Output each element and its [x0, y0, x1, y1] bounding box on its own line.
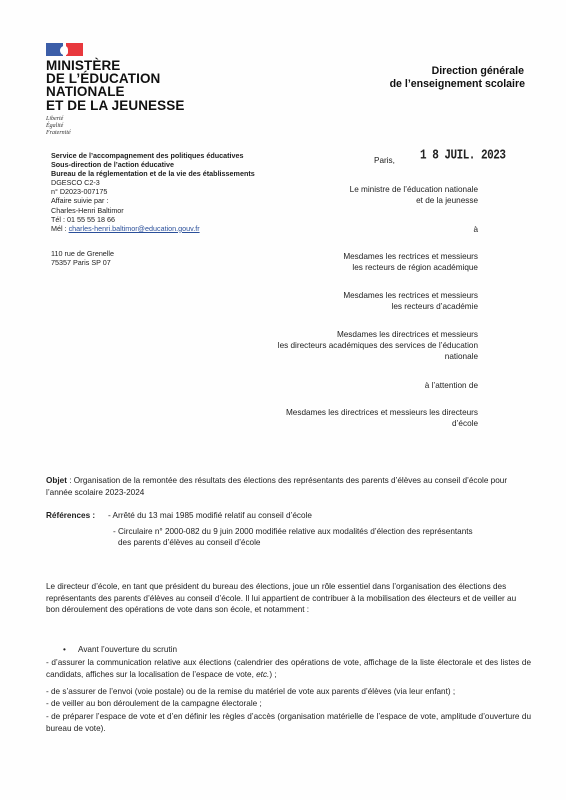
references-list: - Arrêté du 13 mai 1985 modifié relatif …	[108, 510, 473, 549]
duty-item-material: - de s’assurer de l’envoi (voie postale)…	[46, 686, 531, 698]
recipient-line: nationale	[278, 351, 478, 362]
date-stamp: 1 8 JUIL. 2023	[420, 149, 505, 164]
address-line: 110 rue de Grenelle	[51, 249, 114, 258]
reference-item: - Arrêté du 13 mai 1985 modifié relatif …	[108, 510, 473, 522]
recipient-line: les recteurs d’académie	[343, 301, 478, 312]
marianne-profile-icon	[60, 46, 68, 55]
contact-name: Charles-Henri Baltimor	[51, 206, 255, 215]
sender-line: Le ministre de l’éducation nationale	[350, 184, 478, 195]
direction-line: de l’enseignement scolaire	[390, 78, 525, 91]
recipient-line: les directeurs académiques des services …	[278, 340, 478, 351]
dateline-city: Paris,	[374, 156, 395, 165]
attention-line: à l’attention de	[425, 380, 478, 391]
postal-address: 110 rue de Grenelle 75357 Paris SP 07	[51, 249, 114, 267]
duty-text-end: ) ;	[269, 670, 276, 679]
marianne-flag-logo	[46, 43, 83, 56]
contact-mail-line: Mél : charles-henri.baltimor@education.g…	[51, 224, 255, 233]
reference-number: n° D2023-007175	[51, 187, 255, 196]
address-line: 75357 Paris SP 07	[51, 258, 114, 267]
recipient-line: Mesdames les rectrices et messieurs	[343, 290, 478, 301]
ministry-line: ET DE LA JEUNESSE	[46, 99, 184, 112]
subdirection-line: Sous-direction de l’action éducative	[51, 160, 255, 169]
duty-text: - d’assurer la communication relative au…	[46, 658, 531, 679]
references-label: Références :	[46, 510, 108, 549]
reference-item: - Circulaire n° 2000-082 du 9 juin 2000 …	[113, 526, 473, 538]
recipient-line: Mesdames les directrices et messieurs	[278, 329, 478, 340]
intro-paragraph: Le directeur d’école, en tant que présid…	[46, 581, 531, 616]
subject-label: Objet	[46, 476, 67, 485]
recipient-line: les recteurs de région académique	[343, 262, 478, 273]
bullet-text: Avant l’ouverture du scrutin	[78, 645, 177, 654]
duty-item-voting-space: - de préparer l’espace de vote et d’en d…	[46, 711, 531, 734]
bullet-icon: •	[63, 644, 78, 656]
recipient-group-dasen: Mesdames les directrices et messieurs le…	[278, 329, 478, 363]
sender-block: Le ministre de l’éducation nationale et …	[350, 184, 478, 206]
recipient-line: d’école	[286, 418, 478, 429]
subject-block: Objet : Organisation de la remontée des …	[46, 475, 526, 498]
recipient-group-schools: Mesdames les directrices et messieurs le…	[286, 407, 478, 429]
service-block: Service de l’accompagnement des politiqu…	[51, 151, 255, 233]
flag-red-band	[66, 43, 83, 56]
mail-label: Mél :	[51, 224, 69, 233]
motto-line: Fraternité	[46, 130, 71, 137]
contact-email-link[interactable]: charles-henri.baltimor@education.gouv.fr	[69, 224, 200, 233]
republic-motto: Liberté Égalité Fraternité	[46, 116, 71, 137]
office-code: DGESCO C2-3	[51, 178, 255, 187]
duty-etc: etc.	[256, 670, 269, 679]
contact-phone: Tél : 01 55 55 18 66	[51, 215, 255, 224]
subject-text: : Organisation de la remontée des résult…	[46, 476, 507, 497]
recipient-line: Mesdames les rectrices et messieurs	[343, 251, 478, 262]
references-block: Références : - Arrêté du 13 mai 1985 mod…	[46, 510, 526, 549]
reference-item-continuation: des parents d’élèves au conseil d’école	[113, 537, 473, 549]
sender-line: et de la jeunesse	[350, 195, 478, 206]
direction-line: Direction générale	[390, 65, 524, 78]
direction-heading: Direction générale de l’enseignement sco…	[390, 65, 524, 91]
ministry-name: MINISTÈRE DE L’ÉDUCATION NATIONALE ET DE…	[46, 59, 184, 112]
motto-line: Égalité	[46, 123, 71, 130]
motto-line: Liberté	[46, 116, 71, 123]
ministry-line: NATIONALE	[46, 85, 184, 98]
followed-by-label: Affaire suivie par :	[51, 196, 255, 205]
recipient-group-academie: Mesdames les rectrices et messieurs les …	[343, 290, 478, 312]
recipient-group-region: Mesdames les rectrices et messieurs les …	[343, 251, 478, 273]
duty-item-campaign: - de veiller au bon déroulement de la ca…	[46, 698, 531, 710]
bureau-line: Bureau de la réglementation et de la vie…	[51, 169, 255, 178]
recipient-line: Mesdames les directrices et messieurs le…	[286, 407, 478, 418]
bullet-heading: •Avant l’ouverture du scrutin	[46, 644, 526, 656]
duty-item-communication: - d’assurer la communication relative au…	[46, 657, 531, 680]
to-word: à	[473, 224, 478, 235]
service-line: Service de l’accompagnement des politiqu…	[51, 151, 255, 160]
